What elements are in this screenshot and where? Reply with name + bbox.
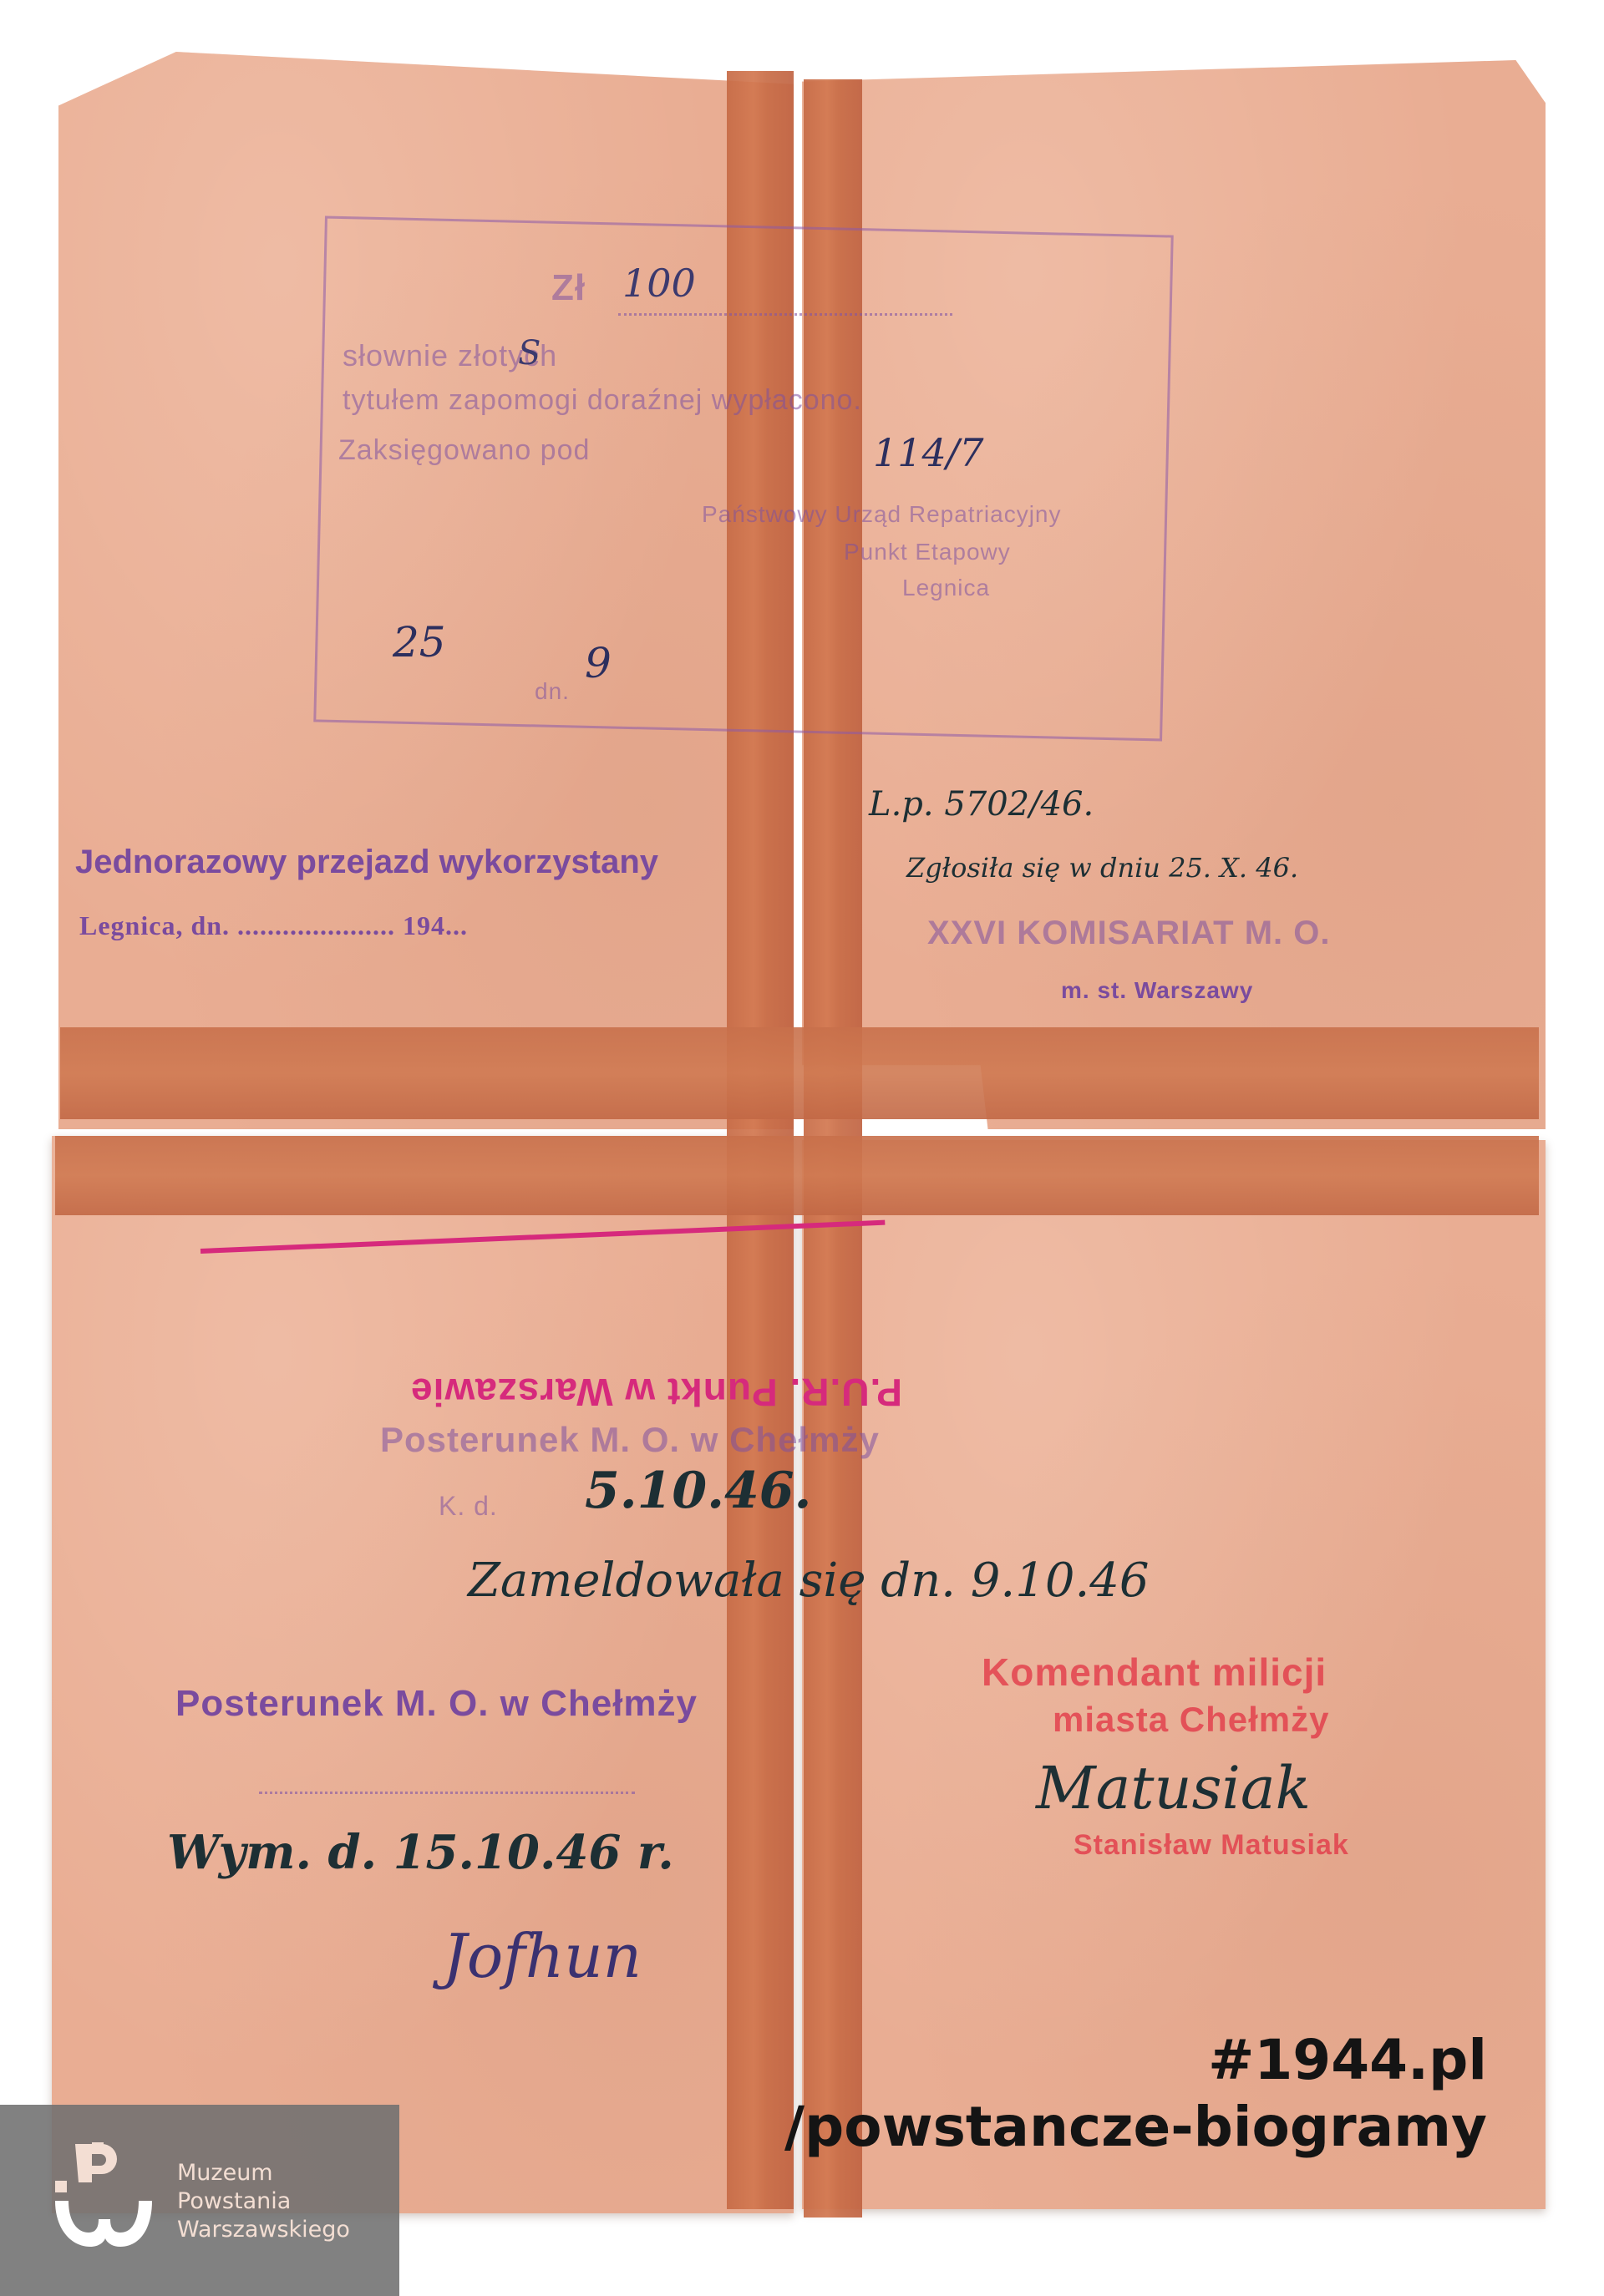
date-label: dn. xyxy=(535,678,570,705)
used-journey-stamp-date: Legnica, dn. ..................... 194..… xyxy=(79,910,468,941)
pur-stamp: P.U.R. Punkt w Warszawie xyxy=(200,1370,902,1415)
post-stamp-kd: K. d. xyxy=(439,1491,498,1522)
ledger-label: Zaksięgowano pod xyxy=(338,434,590,467)
date-note: 5.10.46. xyxy=(585,1462,811,1520)
office-line-1: Państwowy Urząd Repatriacyjny xyxy=(702,501,1062,528)
office-line-2: Punkt Etapowy xyxy=(844,539,1011,565)
watermark-path: /powstancze-biogramy xyxy=(784,2095,1487,2159)
logo-line-2: Powstania xyxy=(177,2187,350,2216)
title-line: tytułem zapomogi doraźnej wypłacono. xyxy=(343,384,862,417)
watermark-hashtag: #1944.pl xyxy=(1208,2028,1487,2092)
commissariat-stamp-city: m. st. Warszawy xyxy=(1061,977,1253,1004)
registered-note: Zameldowała się dn. 9.10.46 xyxy=(468,1553,1150,1608)
document-quadrant-bottom-left xyxy=(52,1136,794,2213)
signature-right: Matusiak xyxy=(1036,1754,1311,1822)
signature-left: Jofhun xyxy=(443,1921,642,1991)
museum-logo-text: Muzeum Powstania Warszawskiego xyxy=(177,2159,350,2244)
amount-value: 100 xyxy=(622,261,696,306)
commissariat-stamp: XXVI KOMISARIAT M. O. xyxy=(927,915,1331,952)
amount-dotted-line xyxy=(618,313,952,316)
post-stamp-bottom: Posterunek M. O. w Chełmży xyxy=(175,1683,698,1725)
commander-stamp-line-1: Komendant milicji xyxy=(982,1650,1327,1695)
post-stamp-top: Posterunek M. O. w Chełmży xyxy=(380,1420,880,1460)
museum-anchor-icon xyxy=(53,2142,154,2251)
reference-number: L.p. 5702/46. xyxy=(869,785,1094,824)
date-day: 25 xyxy=(393,618,446,666)
commander-stamp-line-2: miasta Chełmży xyxy=(1053,1700,1329,1740)
office-line-3: Legnica xyxy=(902,575,990,601)
reported-note: Zgłosiła się w dniu 25. X. 46. xyxy=(906,852,1298,884)
commander-stamp-line-3: Stanisław Matusiak xyxy=(1074,1829,1349,1862)
date-month: 9 xyxy=(585,639,612,687)
amount-label: Zł xyxy=(551,267,586,309)
words-value: S xyxy=(518,334,541,373)
used-journey-stamp: Jednorazowy przejazd wykorzystany xyxy=(75,844,658,881)
logo-line-1: Muzeum xyxy=(177,2159,350,2187)
tape-strip-horizontal-top xyxy=(60,1027,1539,1119)
post-stamp-line xyxy=(259,1792,635,1794)
ledger-value: 114/7 xyxy=(873,430,984,475)
logo-line-3: Warszawskiego xyxy=(177,2216,350,2244)
tape-strip-horizontal-bottom xyxy=(55,1136,1539,1215)
deregistered-note: Wym. d. 15.10.46 r. xyxy=(167,1825,674,1880)
